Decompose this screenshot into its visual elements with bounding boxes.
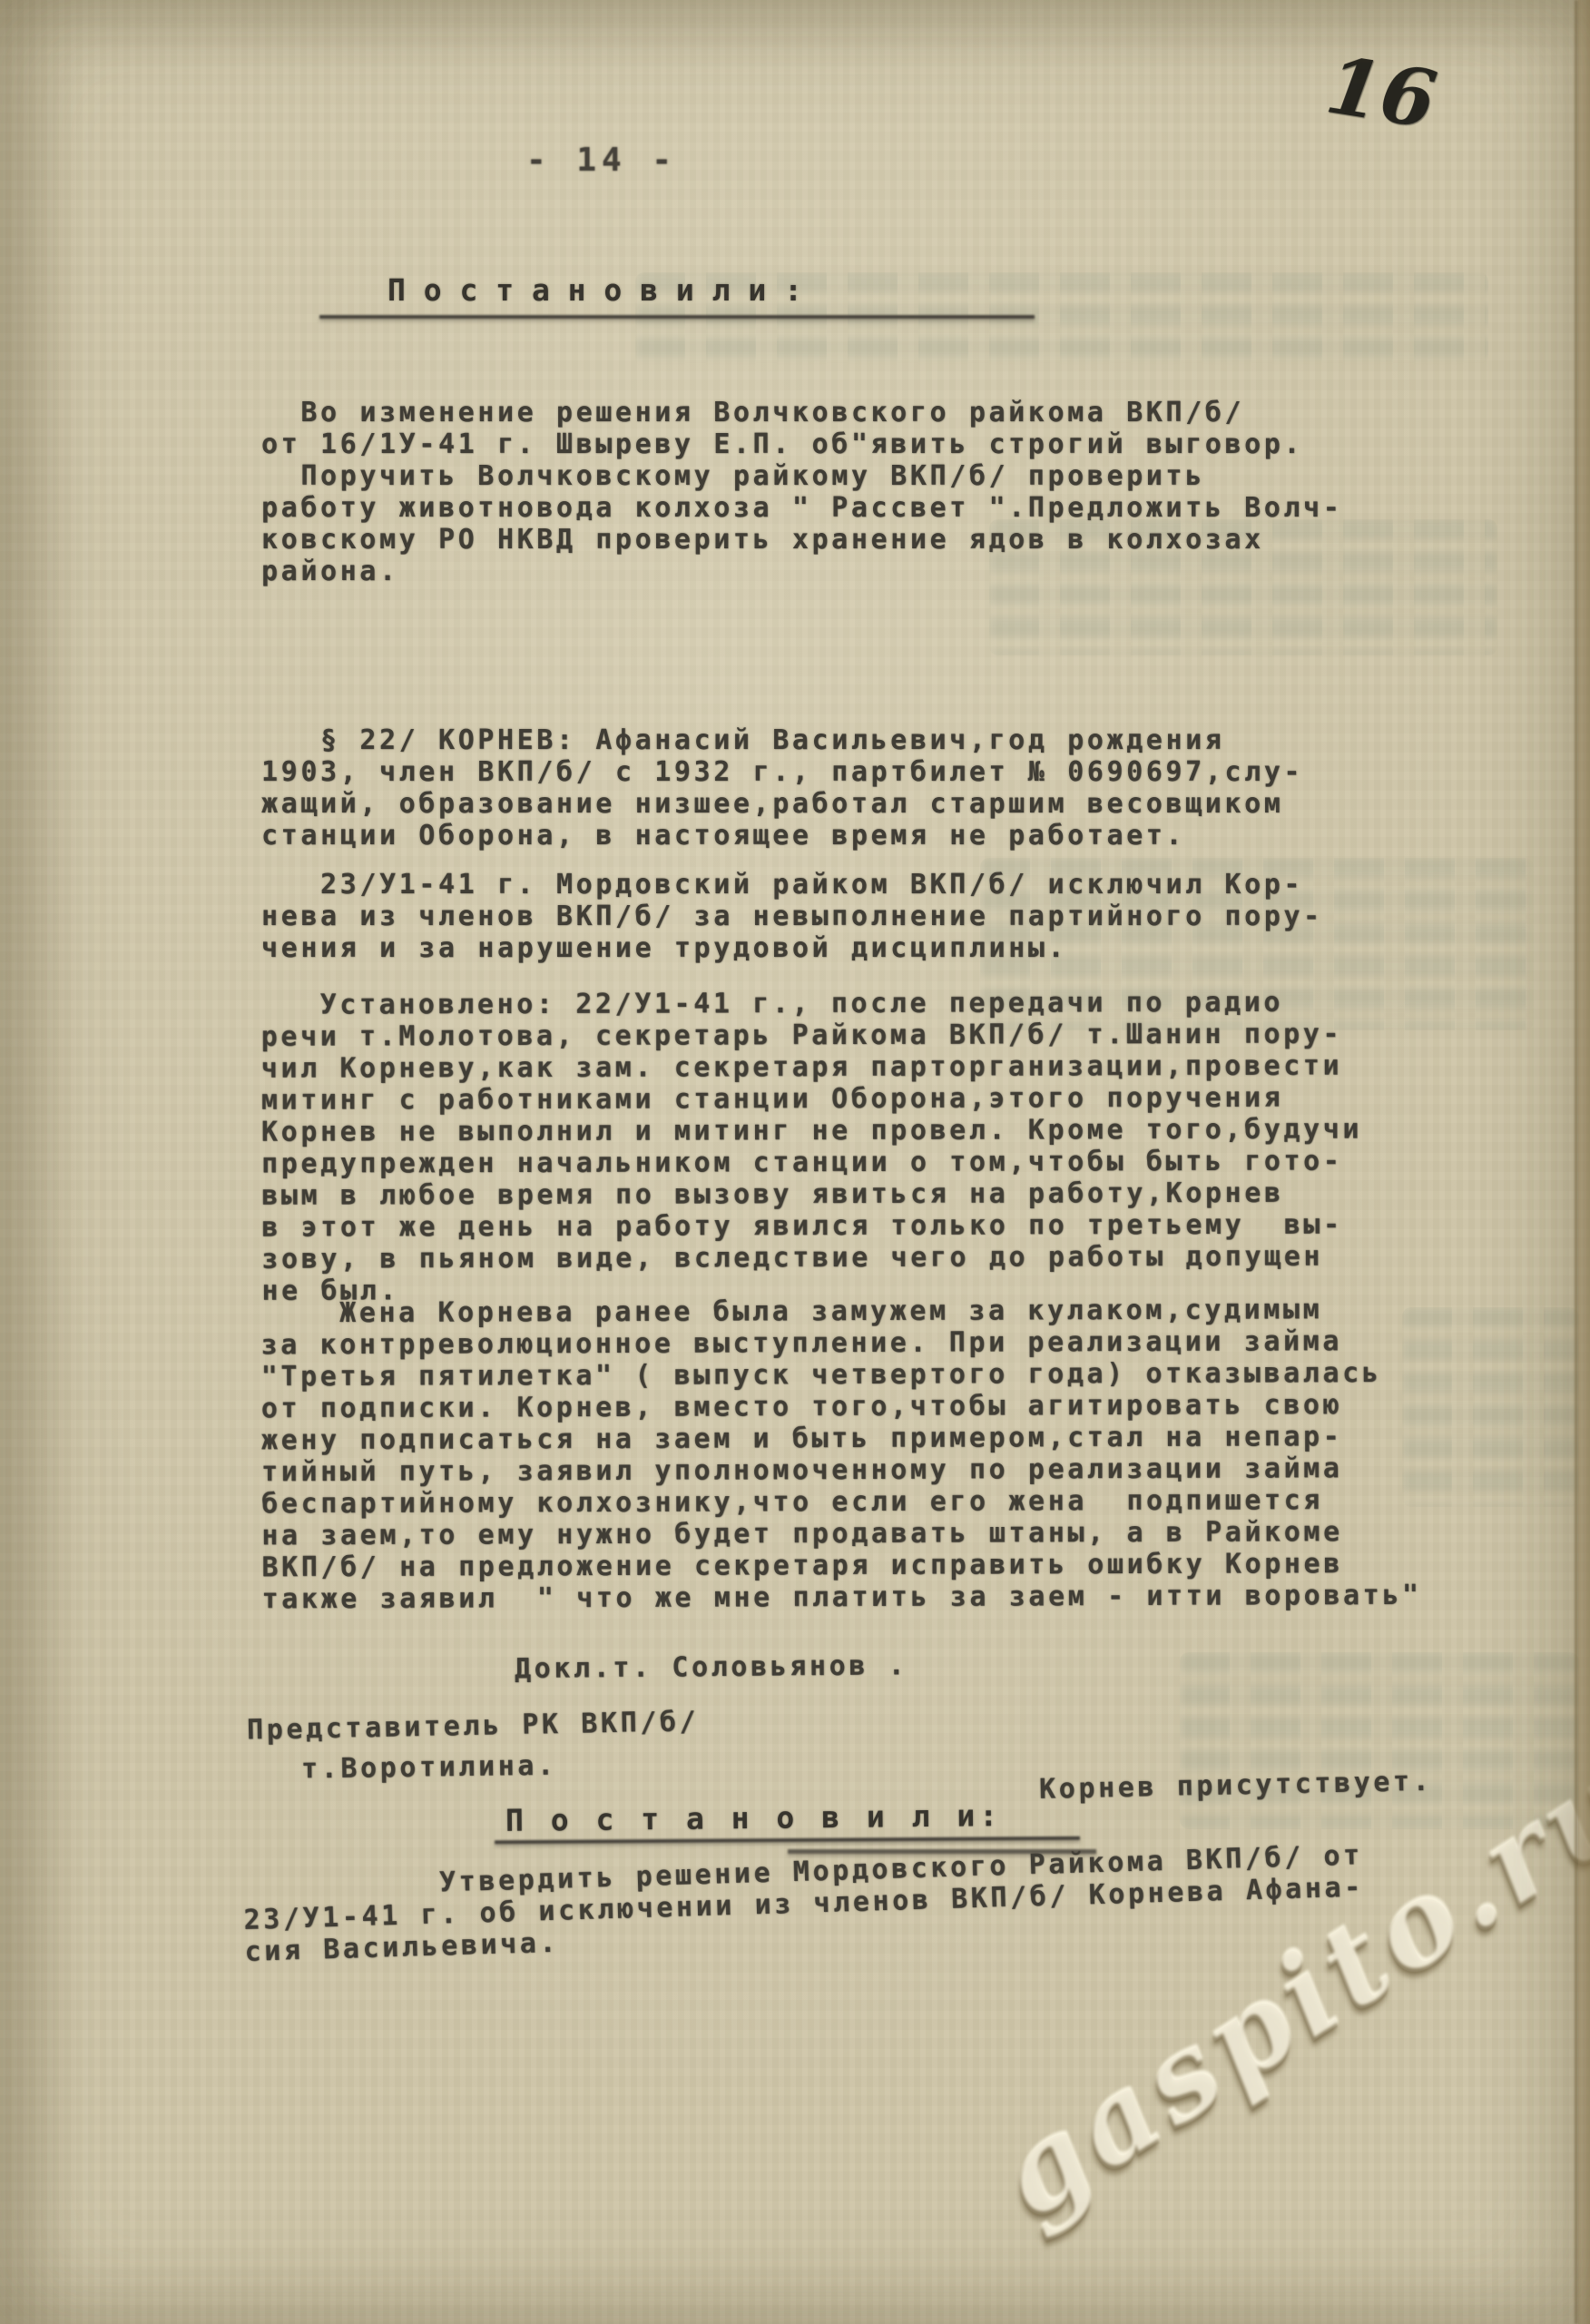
page-edge-strip — [1578, 0, 1590, 2324]
representative-name: т.Воротилина. — [301, 1748, 755, 1786]
paragraph-amendment: Во изменение решения Волчковского райком… — [261, 397, 1477, 587]
presence-note: Корнев присутствует. — [1039, 1763, 1548, 1806]
heading-underline — [495, 1837, 1080, 1845]
handwritten-folio-number: 16 — [1320, 39, 1442, 146]
paragraph-wife-loan: Жена Корнева ранее была замужем за кулак… — [260, 1294, 1477, 1616]
representative-line: Представитель РК ВКП/б/ — [247, 1702, 883, 1746]
paragraph-kornev-intro: § 22/ КОРНЕВ: Афанасий Васильевич,год ро… — [261, 724, 1477, 852]
bleedthrough-text — [1180, 1652, 1579, 1829]
reporter-line: Докл.т. Соловьянов . — [515, 1648, 1150, 1685]
paragraph-final-decision: Утвердить решение Мордовского Райкома ВК… — [242, 1837, 1461, 1968]
heading-underline — [319, 315, 1035, 319]
paragraph-exclusion: 23/У1-41 г. Мордовский райком ВКП/б/ иск… — [261, 869, 1477, 964]
section-heading-resolved-1: П о с т а н о в и л и : — [388, 272, 802, 308]
paragraph-established: Установлено: 22/У1-41 г., после передачи… — [261, 986, 1478, 1307]
section-heading-resolved-2: П о с т а н о в и л и: — [505, 1797, 1002, 1838]
archive-watermark: gaspito.ru — [973, 1733, 1590, 2248]
page-number: - 14 - — [526, 142, 677, 179]
scanned-document-page: - 14 - 16 П о с т а н о в и л и : Во изм… — [0, 0, 1590, 2324]
